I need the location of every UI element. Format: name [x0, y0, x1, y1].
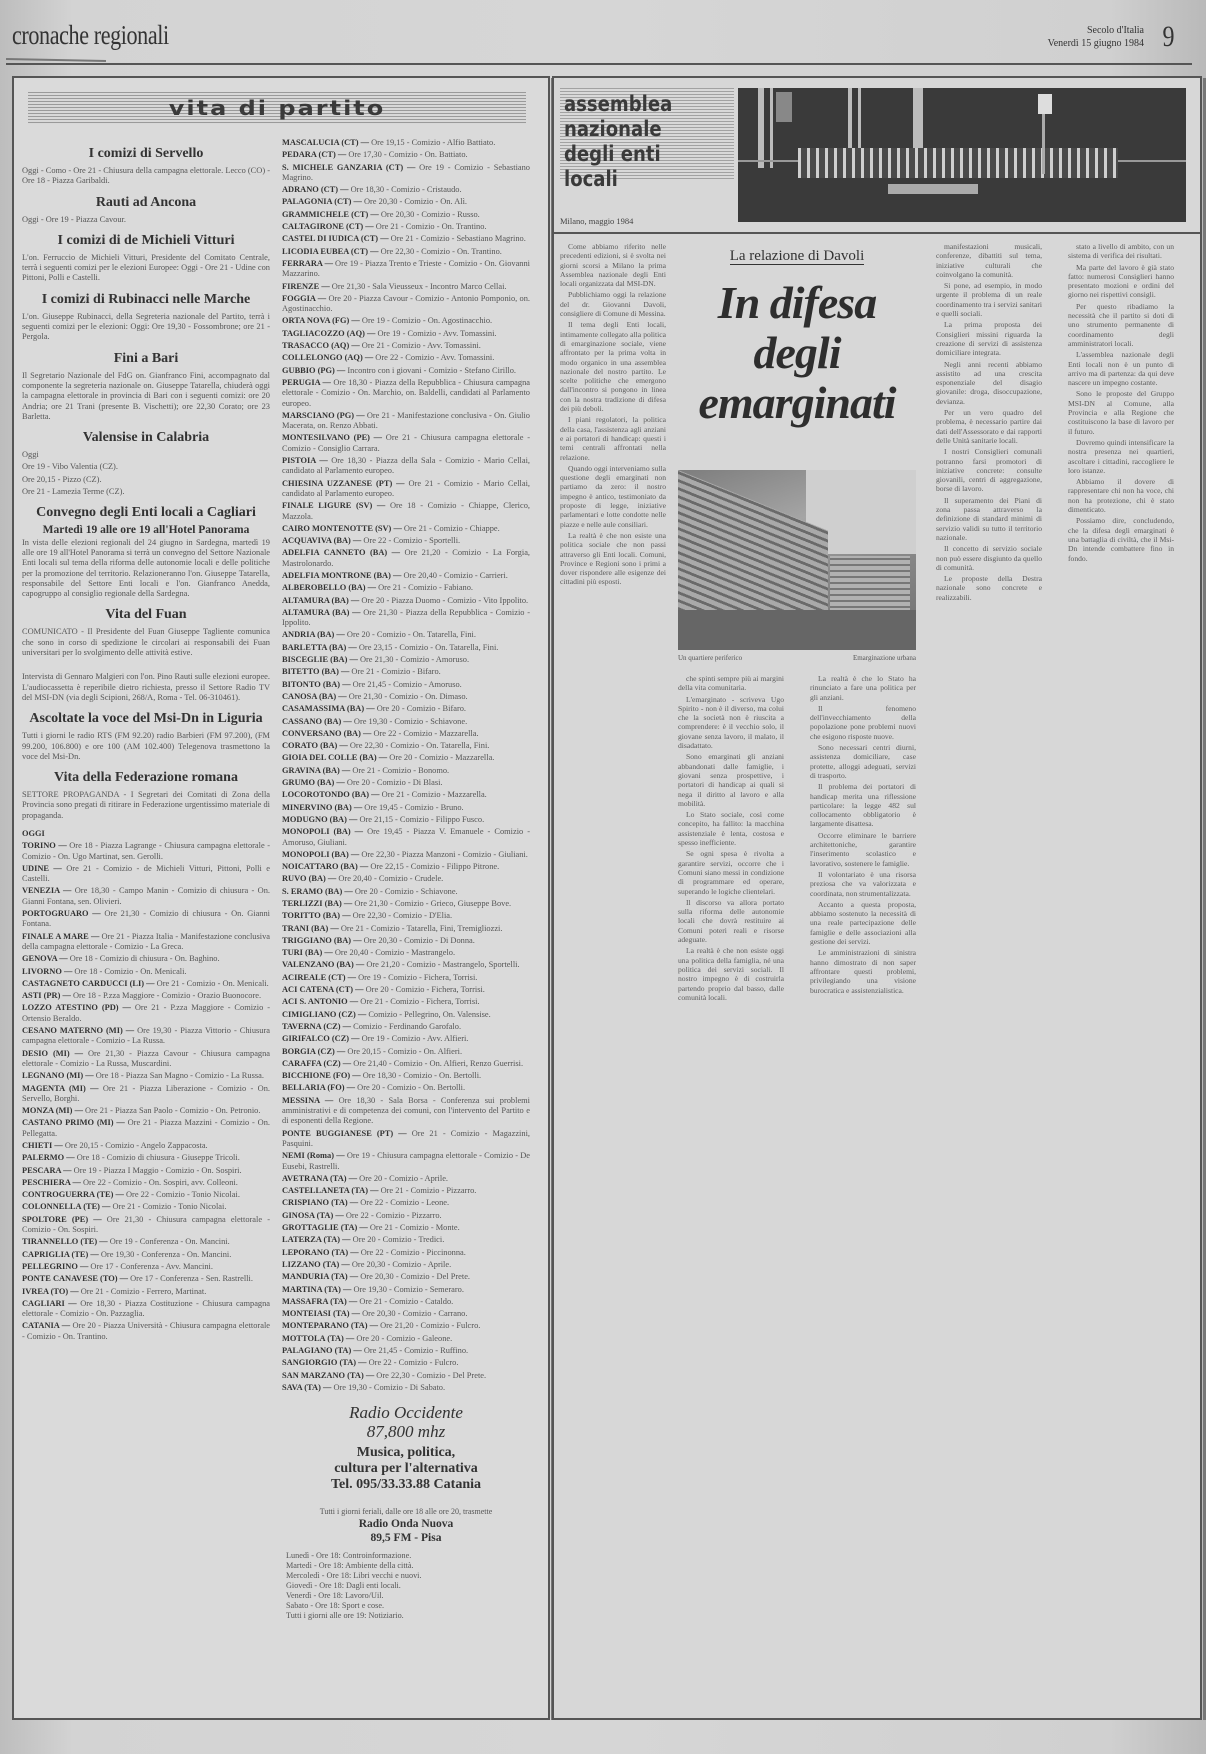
event-place: MARTINA (TA) —	[282, 1285, 353, 1294]
event-entry: CASSANO (BA) — Ore 19,30 - Comizio - Sch…	[282, 717, 530, 727]
event-entry: CARAFFA (CZ) — Ore 21,40 - Comizio - On.…	[282, 1059, 530, 1069]
event-entry: CASTELLANETA (TA) — Ore 21 - Comizio - P…	[282, 1186, 530, 1196]
paragraph: Accanto a questa proposta, abbiamo soste…	[810, 900, 916, 946]
event-entry: CHIESINA UZZANESE (PT) — Ore 21 - Comizi…	[282, 479, 530, 500]
event-entry: SAN MARZANO (TA) — Ore 22,30 - Comizio -…	[282, 1371, 530, 1381]
event-entry: GRAMMICHELE (CT) — Ore 20,30 - Comizio -…	[282, 210, 530, 220]
event-entry: BELLARIA (FO) — Ore 20 - Comizio - On. B…	[282, 1083, 530, 1093]
event-entry: COLLELONGO (AQ) — Ore 22 - Comizio - Avv…	[282, 353, 530, 363]
event-place: MINERVINO (BA) —	[282, 803, 364, 812]
event-place: LATERZA (TA) —	[282, 1235, 353, 1244]
event-place: ADRANO (CT) —	[282, 185, 351, 194]
event-place: CAPRIGLIA (TE) —	[22, 1250, 101, 1259]
event-place: GUBBIO (PG) —	[282, 366, 347, 375]
event-entry: MONZA (MI) — Ore 21 - Piazza San Paolo -…	[22, 1106, 270, 1116]
event-entry: CASTEL DI IUDICA (CT) — Ore 21 - Comizio…	[282, 234, 530, 244]
event-entry: ADELFIA MONTRONE (BA) — Ore 20,40 - Comi…	[282, 571, 530, 581]
event-entry: COLONNELLA (TE) — Ore 21 - Comizio - Ton…	[22, 1202, 270, 1212]
event-place: NEMI (Roma) —	[282, 1151, 347, 1160]
paragraph: Il concetto di servizio sociale non può …	[936, 544, 1042, 572]
paragraph: Come abbiamo riferito nelle precedenti e…	[560, 242, 666, 288]
event-entry: ALTAMURA (BA) — Ore 21,30 - Piazza della…	[282, 608, 530, 629]
paragraph: manifestazioni musicali, conferenze, dib…	[936, 242, 1042, 279]
event-place: BITONTO (BA) —	[282, 680, 353, 689]
event-entry: VENEZIA — Ore 18,30 - Campo Manin - Comi…	[22, 886, 270, 907]
event-place: SPOLTORE (PE) —	[22, 1215, 107, 1224]
event-place: MESSINA —	[282, 1096, 339, 1105]
event-entry: BORGIA (CZ) — Ore 20,15 - Comizio - On. …	[282, 1047, 530, 1057]
paragraph: Il fenomeno dell'invecchiamento della po…	[810, 704, 916, 741]
event-entry: PEDARA (CT) — Ore 17,30 - Comizio - On. …	[282, 150, 530, 160]
paragraph: I nostri Consiglieri comunali potranno f…	[936, 447, 1042, 493]
schedule-item: Sabato - Ore 18: Sport e cose.	[286, 1601, 530, 1611]
event-entry: TORITTO (BA) — Ore 22,30 - Comizio - D'E…	[282, 911, 530, 921]
event-entry: GIRIFALCO (CZ) — Ore 19 - Comizio - Avv.…	[282, 1034, 530, 1044]
paragraph: Se ogni spesa è rivolta a garantire serv…	[678, 849, 784, 895]
event-entry: BISCEGLIE (BA) — Ore 21,30 - Comizio - A…	[282, 655, 530, 665]
event-entry: FOGGIA — Ore 20 - Piazza Cavour - Comizi…	[282, 294, 530, 315]
event-place: ACQUAVIVA (BA) —	[282, 536, 363, 545]
article-title: Ascoltate la voce del Msi-Dn in Liguria	[22, 711, 270, 727]
event-entry: CAIRO MONTENOTTE (SV) — Ore 21 - Comizio…	[282, 524, 530, 534]
assembly-title-block: assemblea nazionale degli enti locali	[560, 88, 734, 180]
event-place: LIVORNO —	[22, 967, 74, 976]
event-entry: LOZZO ATESTINO (PD) — Ore 21 - P.zza Mag…	[22, 1003, 270, 1024]
spacer	[22, 660, 270, 672]
event-entry: IVREA (TO) — Ore 21 - Comizio - Ferrero,…	[22, 1287, 270, 1297]
event-entry: MONTEPARANO (TA) — Ore 21,20 - Comizio -…	[282, 1321, 530, 1331]
event-entry: BITETTO (BA) — Ore 21 - Comizio - Bifaro…	[282, 667, 530, 677]
paragraph: Negli anni recenti abbiamo assistito ad …	[936, 360, 1042, 406]
event-place: GIRIFALCO (CZ) —	[282, 1034, 362, 1043]
event-place: MOTTOLA (TA) —	[282, 1334, 356, 1343]
event-entry: GRAVINA (BA) — Ore 21 - Comizio - Bonomo…	[282, 766, 530, 776]
event-place: SANGIORGIO (TA) —	[282, 1358, 369, 1367]
event-place: TAVERNA (CZ) —	[282, 1022, 353, 1031]
schedule-item: Venerdì - Ore 18: Lavoro/Uil.	[286, 1591, 530, 1601]
event-place: TRANI (BA) —	[282, 924, 341, 933]
event-place: LEGNANO (MI) —	[22, 1071, 96, 1080]
event-entry: PERUGIA — Ore 18,30 - Piazza della Repub…	[282, 378, 530, 409]
event-entry: CRISPIANO (TA) — Ore 22 - Comizio - Leon…	[282, 1198, 530, 1208]
event-entry: ACI S. ANTONIO — Ore 21 - Comizio - Fich…	[282, 997, 530, 1007]
event-place: GRUMO (BA) —	[282, 778, 347, 787]
event-place: SAVA (TA) —	[282, 1383, 333, 1392]
paragraph: Abbiamo il dovere di rappresentare chi n…	[1068, 477, 1174, 514]
event-place: FINALE A MARE —	[22, 932, 102, 941]
event-entry: CAGLIARI — Ore 18,30 - Piazza Costituzio…	[22, 1299, 270, 1320]
event-place: MANDURIA (TA) —	[282, 1272, 360, 1281]
event-place: PERUGIA —	[282, 378, 333, 387]
event-entry: MAGENTA (MI) — Ore 21 - Piazza Liberazio…	[22, 1084, 270, 1105]
event-entry: CORATO (BA) — Ore 22,30 - Comizio - On. …	[282, 741, 530, 751]
event-entry: SPOLTORE (PE) — Ore 21,30 - Chiusura cam…	[22, 1215, 270, 1236]
paragraph: La realtà è che non esiste una politica …	[560, 531, 666, 587]
event-place: CONVERSANO (BA) —	[282, 729, 373, 738]
event-place: MONTEIASI (TA) —	[282, 1309, 362, 1318]
event-place: ACI CATENA (CT) —	[282, 985, 366, 994]
event-entry: BARLETTA (BA) — Ore 23,15 - Comizio - On…	[282, 643, 530, 653]
event-place: LIZZANO (TA) —	[282, 1260, 352, 1269]
event-entry: MASSAFRA (TA) — Ore 21 - Comizio - Catal…	[282, 1297, 530, 1307]
issue-date: Venerdì 15 giugno 1984	[1048, 37, 1144, 50]
event-place: COLLELONGO (AQ) —	[282, 353, 375, 362]
event-entry: LOCOROTONDO (BA) — Ore 21 - Comizio - Ma…	[282, 790, 530, 800]
event-place: FIRENZE —	[282, 282, 332, 291]
schedule-line: Oggi	[22, 450, 270, 460]
event-place: CALTAGIRONE (CT) —	[282, 222, 376, 231]
event-entry: ORTA NOVA (FG) — Ore 19 - Comizio - On. …	[282, 316, 530, 326]
newspaper-name: Secolo d'Italia	[1048, 24, 1144, 37]
assembly-article-section: assemblea nazionale degli enti locali Mi…	[552, 76, 1202, 1720]
event-entry: MARTINA (TA) — Ore 19,30 - Comizio - Sem…	[282, 1285, 530, 1295]
event-entry: FERRARA — Ore 19 - Piazza Trento e Tries…	[282, 259, 530, 280]
article-column-4: manifestazioni musicali, conferenze, dib…	[936, 242, 1042, 604]
event-entry: AVETRANA (TA) — Ore 20 - Comizio - April…	[282, 1174, 530, 1184]
event-entry: NEMI (Roma) — Ore 19 - Chiusura campagna…	[282, 1151, 530, 1172]
event-entry: PALAGONIA (CT) — Ore 20,30 - Comizio - O…	[282, 197, 530, 207]
article-column-1: Come abbiamo riferito nelle precedenti e…	[560, 242, 666, 589]
event-entry: FIRENZE — Ore 21,30 - Sala Vieusseux - I…	[282, 282, 530, 292]
event-place: LEPORANO (TA) —	[282, 1248, 361, 1257]
event-entry: GENOVA — Ore 18 - Comizio di chiusura - …	[22, 954, 270, 964]
paragraph: La realtà è che non esiste oggi una poli…	[678, 946, 784, 1002]
event-place: PALAGIANO (TA) —	[282, 1346, 364, 1355]
article-title: I comizi di Servello	[22, 146, 270, 162]
event-entry: DESIO (MI) — Ore 21,30 - Piazza Cavour -…	[22, 1049, 270, 1070]
event-place: MASSAFRA (TA) —	[282, 1297, 359, 1306]
event-place: ALTAMURA (BA) —	[282, 608, 363, 617]
event-place: CASAMASSIMA (BA) —	[282, 704, 377, 713]
event-place: MARSCIANO (PG) —	[282, 411, 367, 420]
event-entry: TURI (BA) — Ore 20,40 - Comizio - Mastra…	[282, 948, 530, 958]
schedule-item: Giovedì - Ore 18: Dagli enti locali.	[286, 1581, 530, 1591]
event-place: CRISPIANO (TA) —	[282, 1198, 360, 1207]
event-place: CARAFFA (CZ) —	[282, 1059, 353, 1068]
article-title: Vita della Federazione romana	[22, 770, 270, 786]
event-entry: CATANIA — Ore 20 - Piazza Università - C…	[22, 1321, 270, 1342]
event-place: CHIETI —	[22, 1141, 65, 1150]
dateline: Milano, maggio 1984	[560, 216, 633, 226]
paragraph: Il discorso va allora portato sulla rifo…	[678, 898, 784, 944]
paragraph: Possiamo dire, concludendo, che la difes…	[1068, 516, 1174, 562]
article-title: Valensise in Calabria	[22, 430, 270, 446]
housing-block-photo	[678, 470, 916, 650]
event-entry: CONVERSANO (BA) — Ore 22 - Comizio - Maz…	[282, 729, 530, 739]
party-news-column-2: MASCALUCIA (CT) — Ore 19,15 - Comizio - …	[282, 138, 530, 1621]
event-entry: CASTAGNETO CARDUCCI (LI) — Ore 21 - Comi…	[22, 979, 270, 989]
event-entry: CIMIGLIANO (CZ) — Comizio - Pellegrino, …	[282, 1010, 530, 1020]
article-title: Fini a Bari	[22, 351, 270, 367]
event-entry: TERLIZZI (BA) — Ore 21,30 - Comizio - Gr…	[282, 899, 530, 909]
event-entry: CAPRIGLIA (TE) — Ore 19,30 - Conferenza …	[22, 1250, 270, 1260]
event-entry: LEPORANO (TA) — Ore 22 - Comizio - Picci…	[282, 1248, 530, 1258]
event-place: FERRARA —	[282, 259, 335, 268]
event-place: ALBEROBELLO (BA) —	[282, 583, 378, 592]
event-entry: MONOPOLI (BA) — Ore 19,45 - Piazza V. Em…	[282, 827, 530, 848]
event-place: CHIESINA UZZANESE (PT) —	[282, 479, 408, 488]
event-place: PESCARA —	[22, 1166, 74, 1175]
event-place: LOZZO ATESTINO (PD) —	[22, 1003, 135, 1012]
event-entry: MESSINA — Ore 18,30 - Sala Borsa - Confe…	[282, 1096, 530, 1127]
paragraph: La prima proposta dei Consiglieri missin…	[936, 320, 1042, 357]
event-place: PESCHIERA —	[22, 1178, 83, 1187]
event-entry: ASTI (PR) — Ore 18 - P.zza Maggiore - Co…	[22, 991, 270, 1001]
event-place: GRAMMICHELE (CT) —	[282, 210, 381, 219]
schedule-item: Mercoledì - Ore 18: Libri vecchi e nuovi…	[286, 1571, 530, 1581]
event-entry: TIRANNELLO (TE) — Ore 19 - Conferenza - …	[22, 1237, 270, 1247]
paragraph: Occorre eliminare le barriere architetto…	[810, 831, 916, 868]
paragraph: La realtà è che lo Stato ha rinunciato a…	[810, 674, 916, 702]
article-title: Convegno degli Enti locali a Cagliari	[22, 505, 270, 521]
paragraph: Pubblichiamo oggi la relazione del dr. G…	[560, 290, 666, 318]
event-entry: LIZZANO (TA) — Ore 20,30 - Comizio - Apr…	[282, 1260, 530, 1270]
event-place: TORINO —	[22, 841, 69, 850]
event-entry: CASTANO PRIMO (MI) — Ore 21 - Piazza Maz…	[22, 1118, 270, 1139]
event-place: FOGGIA —	[282, 294, 328, 303]
paragraph: L'assemblea nazionale degli Enti locali …	[1068, 350, 1174, 387]
header-rule	[6, 63, 1192, 65]
radio1-slogan2: cultura per l'alternativa	[282, 1461, 530, 1477]
article-title: Vita del Fuan	[22, 607, 270, 623]
event-place: MONTESILVANO (PE) —	[282, 433, 386, 442]
event-entry: LICODIA EUBEA (CT) — Ore 22,30 - Comizio…	[282, 247, 530, 257]
radio2-freq: 89,5 FM - Pisa	[282, 1531, 530, 1545]
event-place: CIMIGLIANO (CZ) —	[282, 1010, 368, 1019]
event-entry: LATERZA (TA) — Ore 20 - Comizio - Tredic…	[282, 1235, 530, 1245]
event-entry: PISTOIA — Ore 18,30 - Piazza della Sala …	[282, 456, 530, 477]
event-place: TRASACCO (AQ) —	[282, 341, 362, 350]
paragraph: L'emarginato - scriveva Ugo Spirito - no…	[678, 695, 784, 751]
event-place: BITETTO (BA) —	[282, 667, 351, 676]
event-place: CORATO (BA) —	[282, 741, 350, 750]
event-place: BISCEGLIE (BA) —	[282, 655, 360, 664]
event-place: ACIREALE (CT) —	[282, 973, 358, 982]
event-place: MONOPOLI (BA) —	[282, 827, 367, 836]
schedule-line: Ore 19 - Vibo Valentia (CZ).	[22, 462, 270, 472]
event-place: CONTROGUERRA (TE) —	[22, 1190, 126, 1199]
event-entry: MONTEIASI (TA) — Ore 20,30 - Comizio - C…	[282, 1309, 530, 1319]
event-place: ASTI (PR) —	[22, 991, 73, 1000]
event-place: S. MICHELE GANZARIA (CT) —	[282, 163, 419, 172]
event-place: BELLARIA (FO) —	[282, 1083, 357, 1092]
schedule-line: Ore 20,15 - Pizzo (CZ).	[22, 475, 270, 485]
title-line-2: nazionale	[564, 117, 710, 142]
event-place: GRAVINA (BA) —	[282, 766, 352, 775]
event-entry: ACIREALE (CT) — Ore 19 - Comizio - Fiche…	[282, 973, 530, 983]
event-place: GENOVA —	[22, 954, 70, 963]
event-place: CAIRO MONTENOTTE (SV) —	[282, 524, 404, 533]
paragraph: Quando oggi interveniamo sulla questione…	[560, 464, 666, 529]
event-entry: PESCHIERA — Ore 22 - Comizio - On. Sospi…	[22, 1178, 270, 1188]
article-body: Intervista di Gennaro Malgieri con l'on.…	[22, 672, 270, 703]
banner-title: vita di partito	[169, 96, 386, 120]
event-place: ADELFIA MONTRONE (BA) —	[282, 571, 403, 580]
event-entry: TRASACCO (AQ) — Ore 21 - Comizio - Avv. …	[282, 341, 530, 351]
event-entry: S. MICHELE GANZARIA (CT) — Ore 19 - Comi…	[282, 163, 530, 184]
event-place: GROTTAGLIE (TA) —	[282, 1223, 370, 1232]
event-place: CASSANO (BA) —	[282, 717, 354, 726]
paragraph: Per un vero quadro del problema, è neces…	[936, 408, 1042, 445]
event-place: ORTA NOVA (FG) —	[282, 316, 362, 325]
event-place: CESANO MATERNO (MI) —	[22, 1026, 137, 1035]
event-place: UDINE —	[22, 864, 66, 873]
event-place: PONTE BUGGIANESE (PT) —	[282, 1129, 412, 1138]
paragraph: che spinti sempre più ai margini della v…	[678, 674, 784, 693]
event-place: TRIGGIANO (BA) —	[282, 936, 364, 945]
event-entry: CESANO MATERNO (MI) — Ore 19,30 - Piazza…	[22, 1026, 270, 1047]
event-place: TORITTO (BA) —	[282, 911, 353, 920]
title-line-1: assemblea	[564, 92, 710, 117]
event-entry: MODUGNO (BA) — Ore 21,15 - Comizio - Fil…	[282, 815, 530, 825]
article-body: L'on. Giuseppe Rubinacci, della Segreter…	[22, 312, 270, 343]
party-news-section: vita di partito I comizi di ServelloOggi…	[12, 76, 550, 1720]
event-entry: ACI CATENA (CT) — Ore 20 - Comizio - Fic…	[282, 985, 530, 995]
event-place: MONTEPARANO (TA) —	[282, 1321, 380, 1330]
event-entry: GIOIA DEL COLLE (BA) — Ore 20 - Comizio …	[282, 753, 530, 763]
paragraph: I piani regolatori, la politica della ca…	[560, 415, 666, 461]
event-place: CASTEL DI IUDICA (CT) —	[282, 234, 391, 243]
header-rule-accent	[6, 58, 106, 62]
event-place: PONTE CANAVESE (TO) —	[22, 1274, 130, 1283]
event-entry: PORTOGRUARO — Ore 21,30 - Comizio di chi…	[22, 909, 270, 930]
event-place: CASTAGNETO CARDUCCI (LI) —	[22, 979, 157, 988]
event-entry: CASAMASSIMA (BA) — Ore 20 - Comizio - Bi…	[282, 704, 530, 714]
article-kicker: La relazione di Davoli	[674, 248, 920, 265]
article-subtitle: Martedì 19 alle ore 19 all'Hotel Panoram…	[22, 525, 270, 535]
radio-occidente-ad: Radio Occidente 87,800 mhz Musica, polit…	[282, 1403, 530, 1545]
party-news-column-1: I comizi di ServelloOggi - Como - Ore 21…	[22, 138, 270, 1344]
event-place: RUVO (BA) —	[282, 874, 338, 883]
paragraph: stato a livello di ambito, con un sistem…	[1068, 242, 1174, 261]
article-body: Oggi - Ore 19 - Piazza Cavour.	[22, 215, 270, 225]
event-entry: SAVA (TA) — Ore 19,30 - Comizio - Di Sab…	[282, 1383, 530, 1393]
article-body: Tutti i giorni le radio RTS (FM 92.20) r…	[22, 731, 270, 762]
event-entry: TAVERNA (CZ) — Comizio - Ferdinando Garo…	[282, 1022, 530, 1032]
radio2-name: Radio Onda Nuova	[282, 1517, 530, 1531]
event-entry: S. ERAMO (BA) — Ore 20 - Comizio - Schia…	[282, 887, 530, 897]
event-entry: BICCHIONE (FO) — Ore 18,30 - Comizio - O…	[282, 1071, 530, 1081]
schedule-item: Martedì - Ore 18: Ambiente della città.	[286, 1561, 530, 1571]
event-place: PELLEGRINO —	[22, 1262, 90, 1271]
article-body: SETTORE PROPAGANDA - I Segretari dei Com…	[22, 790, 270, 821]
event-place: SAN MARZANO (TA) —	[282, 1371, 376, 1380]
event-entry: CANOSA (BA) — Ore 21,30 - Comizio - On. …	[282, 692, 530, 702]
paragraph: Dovremo quindi intensificare la nostra p…	[1068, 438, 1174, 475]
photo-caption: Un quartiere perifericoEmarginazione urb…	[678, 654, 916, 662]
event-entry: TRANI (BA) — Ore 21 - Comizio - Tatarell…	[282, 924, 530, 934]
newspaper-page: cronache regionali Secolo d'Italia Vener…	[0, 0, 1206, 1754]
event-place: BARLETTA (BA) —	[282, 643, 359, 652]
event-place: CASTELLANETA (TA) —	[282, 1186, 381, 1195]
event-place: CASTANO PRIMO (MI) —	[22, 1118, 128, 1127]
event-place: VENEZIA —	[22, 886, 75, 895]
event-entry: GINOSA (TA) — Ore 22 - Comizio - Pizzarr…	[282, 1211, 530, 1221]
assembly-hall-photo	[738, 88, 1186, 222]
paragraph: Lo Stato sociale, così come concepito, h…	[678, 810, 784, 847]
event-entry: LIVORNO — Ore 18 - Comizio - On. Menical…	[22, 967, 270, 977]
event-place: PALERMO —	[22, 1153, 77, 1162]
event-entry: ACQUAVIVA (BA) — Ore 22 - Comizio - Spor…	[282, 536, 530, 546]
event-entry: MANDURIA (TA) — Ore 20,30 - Comizio - De…	[282, 1272, 530, 1282]
event-entry: PALAGIANO (TA) — Ore 21,45 - Comizio - R…	[282, 1346, 530, 1356]
event-entry: TRIGGIANO (BA) — Ore 20,30 - Comizio - D…	[282, 936, 530, 946]
event-entry: ADRANO (CT) — Ore 18,30 - Comizio - Cris…	[282, 185, 530, 195]
article-top-rule	[554, 232, 1200, 234]
article-headline: In difesa degli emarginati	[674, 278, 920, 428]
event-place: CANOSA (BA) —	[282, 692, 349, 701]
event-entry: FINALE A MARE — Ore 21 - Piazza Italia -…	[22, 932, 270, 953]
event-place: TURI (BA) —	[282, 948, 335, 957]
event-entry: TORINO — Ore 18 - Piazza Lagrange - Chiu…	[22, 841, 270, 862]
event-place: TAGLIACOZZO (AQ) —	[282, 329, 377, 338]
radio1-freq: 87,800 mhz	[282, 1422, 530, 1441]
event-entry: ANDRIA (BA) — Ore 20 - Comizio - On. Tat…	[282, 630, 530, 640]
masthead-info: Secolo d'Italia Venerdì 15 giugno 1984	[1048, 24, 1144, 50]
event-place: MODUGNO (BA) —	[282, 815, 359, 824]
event-place: DESIO (MI) —	[22, 1049, 88, 1058]
paragraph: Ma parte del lavoro è già stato fatto: n…	[1068, 263, 1174, 300]
event-entry: GUBBIO (PG) — Incontro con i giovani - C…	[282, 366, 530, 376]
event-place: GIOIA DEL COLLE (BA) —	[282, 753, 389, 762]
event-place: MAGENTA (MI) —	[22, 1084, 103, 1093]
oggi-label: OGGI	[22, 829, 45, 838]
paragraph: Le proposte della Destra nazionale sono …	[936, 574, 1042, 602]
paragraph: Le amministrazioni di sinistra hanno dim…	[810, 948, 916, 994]
event-place: PEDARA (CT) —	[282, 150, 348, 159]
paragraph: Per questo ribadiamo la necessità che il…	[1068, 302, 1174, 348]
paragraph: Sono necessari centri diurni, assistenza…	[810, 743, 916, 780]
event-place: COLONNELLA (TE) —	[22, 1202, 113, 1211]
event-place: MONZA (MI) —	[22, 1106, 85, 1115]
event-place: CAGLIARI —	[22, 1299, 80, 1308]
event-entry: CHIETI — Ore 20,15 - Comizio - Angelo Za…	[22, 1141, 270, 1151]
event-entry: MONOPOLI (BA) — Ore 22,30 - Piazza Manzo…	[282, 850, 530, 860]
paragraph: Il superamento dei Piani di zona passa a…	[936, 496, 1042, 542]
event-place: TERLIZZI (BA) —	[282, 899, 354, 908]
event-place: PORTOGRUARO —	[22, 909, 104, 918]
article-column-2: che spinti sempre più ai margini della v…	[678, 674, 784, 1004]
schedule-line: Ore 21 - Lamezia Terme (CZ).	[22, 487, 270, 497]
party-news-banner: vita di partito	[28, 92, 526, 124]
event-place: GINOSA (TA) —	[282, 1211, 346, 1220]
radio1-phone: Tel. 095/33.33.88 Catania	[282, 1477, 530, 1493]
page-number: 9	[1163, 20, 1175, 54]
event-place: CATANIA —	[22, 1321, 72, 1330]
radio2-intro: Tutti i giorni feriali, dalle ore 18 all…	[282, 1507, 530, 1517]
event-entry: NOICATTARO (BA) — Ore 22,15 - Comizio - …	[282, 862, 530, 872]
event-entry: TAGLIACOZZO (AQ) — Ore 19 - Comizio - Av…	[282, 329, 530, 339]
event-entry: ALBEROBELLO (BA) — Ore 21 - Comizio - Fa…	[282, 583, 530, 593]
article-body: Il Segretario Nazionale del FdG on. Gian…	[22, 371, 270, 422]
event-entry: MONTESILVANO (PE) — Ore 21 - Chiusura ca…	[282, 433, 530, 454]
event-entry: FINALE LIGURE (SV) — Ore 18 - Comizio - …	[282, 501, 530, 522]
event-place: NOICATTARO (BA) —	[282, 862, 370, 871]
article-title: I comizi di de Michieli Vitturi	[22, 233, 270, 249]
paragraph: Si pone, ad esempio, in modo urgente il …	[936, 281, 1042, 318]
schedule-item: Tutti i giorni alle ore 19: Notiziario.	[286, 1611, 530, 1621]
article-column-5: stato a livello di ambito, con un sistem…	[1068, 242, 1174, 565]
event-place: IVREA (TO) —	[22, 1287, 81, 1296]
event-entry: UDINE — Ore 21 - Comizio - de Michieli V…	[22, 864, 270, 885]
event-place: ALTAMURA (BA) —	[282, 596, 361, 605]
radio1-name: Radio Occidente	[282, 1403, 530, 1422]
event-entry: PESCARA — Ore 19 - Piazza I Maggio - Com…	[22, 1166, 270, 1176]
event-entry: MINERVINO (BA) — Ore 19,45 - Comizio - B…	[282, 803, 530, 813]
schedule-item: Lunedì - Ore 18: Controinformazione.	[286, 1551, 530, 1561]
event-entry: CALTAGIRONE (CT) — Ore 21 - Comizio - On…	[282, 222, 530, 232]
article-title: I comizi di Rubinacci nelle Marche	[22, 292, 270, 308]
